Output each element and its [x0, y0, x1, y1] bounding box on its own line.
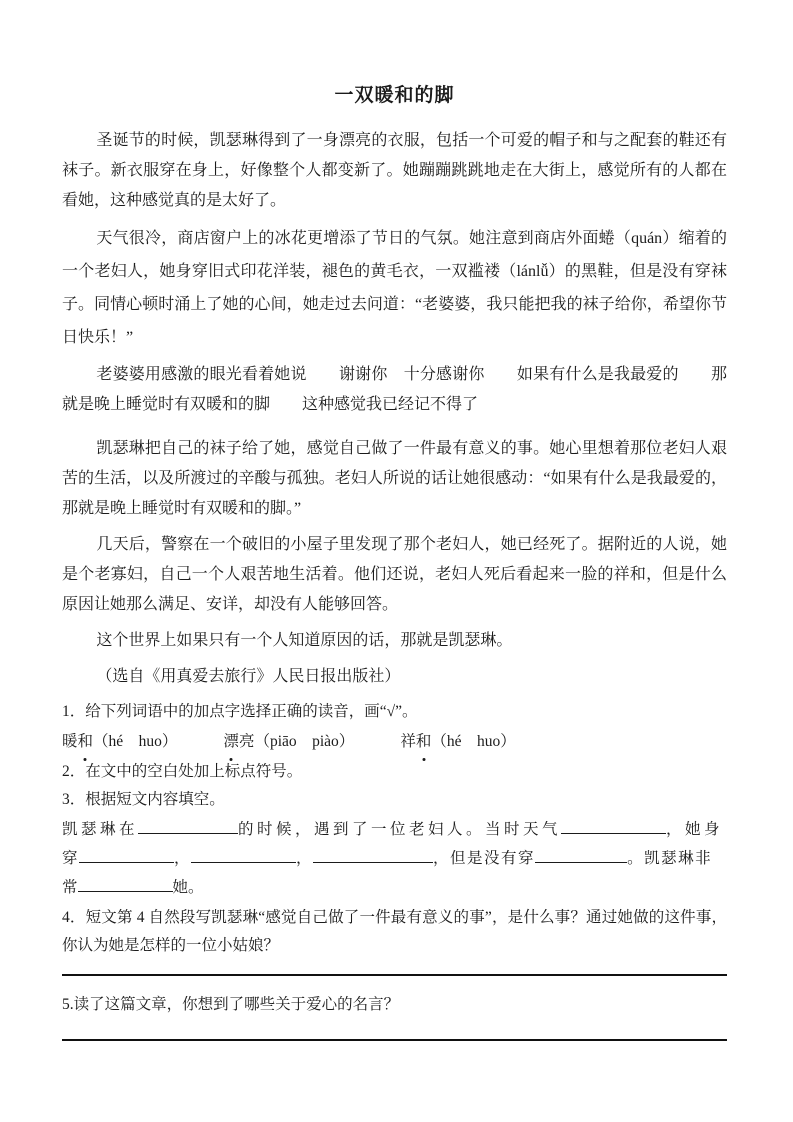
- dotted-char: 和: [416, 727, 432, 757]
- answer-line: [62, 974, 727, 976]
- question-3-cloze: 凯瑟琳在的时候，遇到了一位老妇人。当时天气，她身 穿，，，但是没有穿。凯瑟琳非 …: [62, 815, 727, 902]
- passage-paragraph-3-punctuation-blanks: 老婆婆用感激的眼光看着她说 谢谢你 十分感谢你 如果有什么是我最爱的 那就是晚上…: [62, 360, 727, 420]
- cloze-text: 常: [62, 879, 78, 896]
- question-1-label: 1．给下列词语中的加点字选择正确的读音，画“√”。: [62, 698, 727, 726]
- passage-paragraph-2: 天气很冷，商店窗户上的冰花更增添了节日的气氛。她注意到商店外面蜷（quán）缩着…: [62, 222, 727, 354]
- plain-char: 暖: [62, 733, 78, 750]
- fill-blank: [138, 819, 238, 834]
- cloze-text: 穿: [62, 850, 79, 867]
- dotted-char: 漂: [223, 727, 239, 757]
- fill-blank: [535, 848, 627, 863]
- fill-blank: [79, 848, 174, 863]
- plain-char: 祥: [400, 733, 416, 750]
- cloze-line-2: 穿，，，但是没有穿。凯瑟琳非: [62, 844, 727, 873]
- cloze-line-3: 常她。: [62, 873, 727, 902]
- pinyin-item-piaoliang: 漂亮（piāo piào）: [223, 727, 354, 757]
- question-4-label: 4．短文第 4 自然段写凯瑟琳“感觉自己做了一件最有意义的事”，是什么事？通过她…: [62, 904, 727, 960]
- question-2-label: 2．在文中的空白处加上标点符号。: [62, 758, 727, 786]
- questions-section: 1．给下列词语中的加点字选择正确的读音，画“√”。 暖和（hé huo） 漂亮（…: [62, 698, 727, 1041]
- cloze-text: 凯瑟琳在: [62, 821, 138, 838]
- passage-paragraph-1: 圣诞节的时候，凯瑟琳得到了一身漂亮的衣服，包括一个可爱的帽子和与之配套的鞋还有袜…: [62, 126, 727, 216]
- cloze-line-1: 凯瑟琳在的时候，遇到了一位老妇人。当时天气，她身: [62, 815, 727, 844]
- cloze-text: 她。: [173, 879, 204, 896]
- passage-source-attribution: （选自《用真爱去旅行》人民日报出版社）: [62, 662, 727, 692]
- pinyin-options: （hé huo）: [93, 733, 177, 750]
- cloze-text: ，: [174, 850, 191, 867]
- pinyin-options: （hé huo）: [431, 733, 515, 750]
- dotted-char: 和: [78, 727, 94, 757]
- question-1-pinyin-choices: 暖和（hé huo） 漂亮（piāo piào） 祥和（hé huo）: [62, 727, 727, 757]
- passage-paragraph-5: 几天后，警察在一个破旧的小屋子里发现了那个老妇人，她已经死了。据附近的人说，她是…: [62, 530, 727, 620]
- cloze-text: ，: [296, 850, 313, 867]
- pinyin-item-xianghe: 祥和（hé huo）: [400, 727, 515, 757]
- fill-blank: [78, 877, 173, 892]
- question-3-label: 3．根据短文内容填空。: [62, 786, 727, 814]
- question-5-label: 5.读了这篇文章，你想到了哪些关于爱心的名言？: [62, 991, 727, 1019]
- page-title: 一双暖和的脚: [62, 84, 727, 108]
- pinyin-options: 亮（piāo piào）: [239, 733, 354, 750]
- answer-line: [62, 1039, 727, 1041]
- passage-paragraph-4: 凯瑟琳把自己的袜子给了她，感觉自己做了一件最有意义的事。她心里想着那位老妇人艰苦…: [62, 434, 727, 524]
- fill-blank: [561, 819, 666, 834]
- reading-passage: 圣诞节的时候，凯瑟琳得到了一身漂亮的衣服，包括一个可爱的帽子和与之配套的鞋还有袜…: [62, 126, 727, 692]
- cloze-text: ，她身: [666, 821, 723, 838]
- fill-blank: [313, 848, 433, 863]
- cloze-text: ，但是没有穿: [433, 850, 535, 867]
- worksheet-page: 一双暖和的脚 圣诞节的时候，凯瑟琳得到了一身漂亮的衣服，包括一个可爱的帽子和与之…: [0, 0, 793, 1122]
- cloze-text: 。凯瑟琳非: [627, 850, 712, 867]
- fill-blank: [191, 848, 296, 863]
- pinyin-item-nuanhuo: 暖和（hé huo）: [62, 727, 177, 757]
- passage-paragraph-6: 这个世界上如果只有一个人知道原因的话，那就是凯瑟琳。: [62, 626, 727, 656]
- cloze-text: 的时候，遇到了一位老妇人。当时天气: [238, 821, 561, 838]
